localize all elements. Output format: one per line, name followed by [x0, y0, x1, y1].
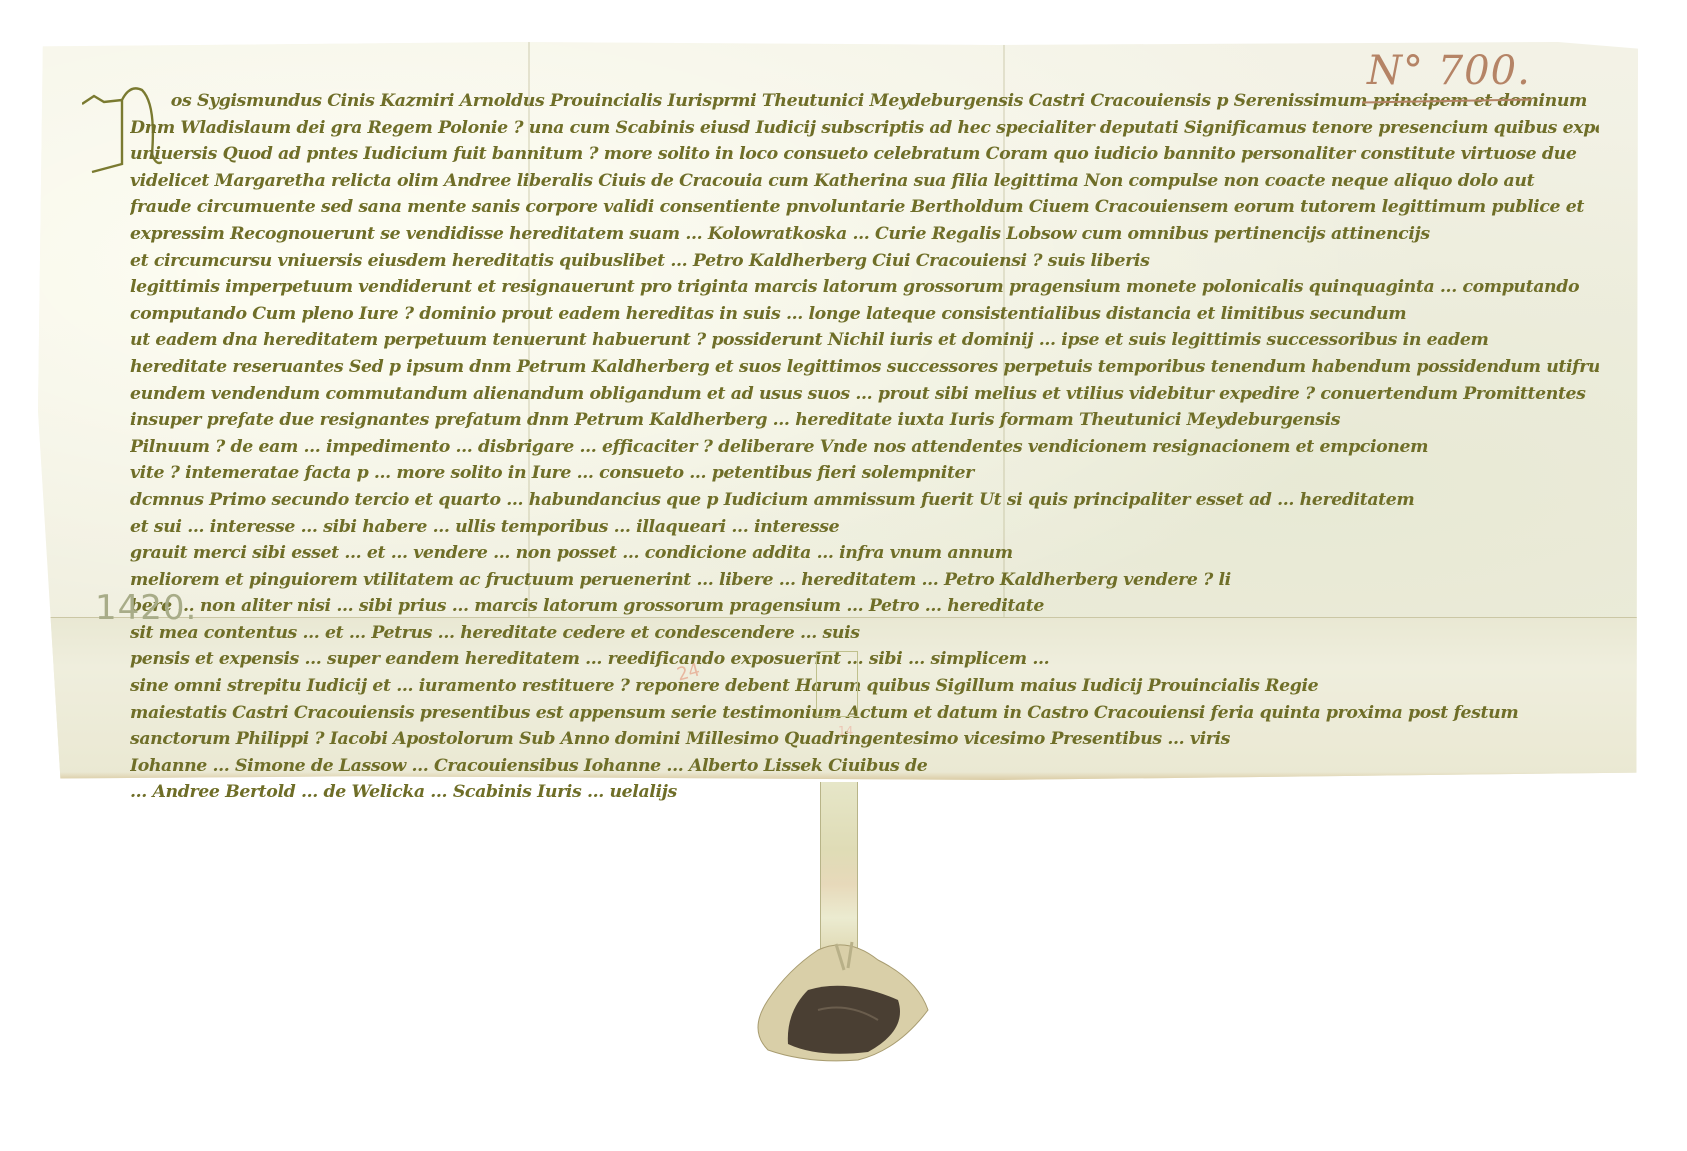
text-line: fraude circumuente sed sana mente sanis … [130, 194, 1599, 221]
text-line: hereditate reseruantes Sed p ipsum dnm P… [130, 354, 1599, 381]
slot-number: 14 [838, 724, 853, 738]
text-line: grauit merci sibi esset ... et ... vende… [130, 540, 1599, 567]
text-line: bere ... non aliter nisi ... sibi prius … [130, 593, 1599, 620]
text-line: et circumcursu vniuersis eiusdem heredit… [130, 248, 1599, 275]
text-line: sit mea contentus ... et ... Petrus ... … [130, 620, 1599, 647]
text-line: et sui ... interesse ... sibi habere ...… [130, 514, 1599, 541]
text-line: videlicet Margaretha relicta olim Andree… [130, 168, 1599, 195]
text-line: ut eadem dna hereditatem perpetuum tenue… [130, 327, 1599, 354]
parchment-seal-tag [820, 782, 858, 952]
text-line: sine omni strepitu Iudicij et ... iurame… [130, 673, 1599, 700]
text-line: sanctorum Philippi ? Iacobi Apostolorum … [130, 726, 1599, 753]
text-line: Pilnuum ? de eam ... impedimento ... dis… [130, 434, 1599, 461]
text-line: uniuersis Quod ad pntes Iudicium fuit ba… [130, 141, 1599, 168]
seal-tag-slot [816, 651, 858, 717]
text-line: ... Andree Bertold ... de Welicka ... Sc… [130, 779, 1599, 806]
text-line: expressim Recognouerunt se vendidisse he… [130, 221, 1599, 248]
wax-seal [748, 940, 940, 1064]
text-line: maiestatis Castri Cracouiensis presentib… [130, 700, 1599, 727]
marginal-year-note: 1420. [95, 588, 197, 628]
text-line: insuper prefate due resignantes prefatum… [130, 407, 1599, 434]
text-line: pensis et expensis ... super eandem here… [130, 646, 1599, 673]
text-line: eundem vendendum commutandum alienandum … [130, 381, 1599, 408]
text-line: computando Cum pleno Iure ? dominio prou… [130, 301, 1599, 328]
text-line: legittimis imperpetuum vendiderunt et re… [130, 274, 1599, 301]
text-line: dcmnus Primo secundo tercio et quarto ..… [130, 487, 1599, 514]
text-line: vite ? intemeratae facta p ... more soli… [130, 460, 1599, 487]
text-line: Iohanne ... Simone de Lassow ... Cracoui… [130, 753, 1599, 780]
archival-shelfmark: N° 700. [1367, 48, 1531, 94]
text-line: Dnm Wladislaum dei gra Regem Polonie ? u… [130, 115, 1599, 142]
text-line: meliorem et pinguiorem vtilitatem ac fru… [130, 567, 1599, 594]
